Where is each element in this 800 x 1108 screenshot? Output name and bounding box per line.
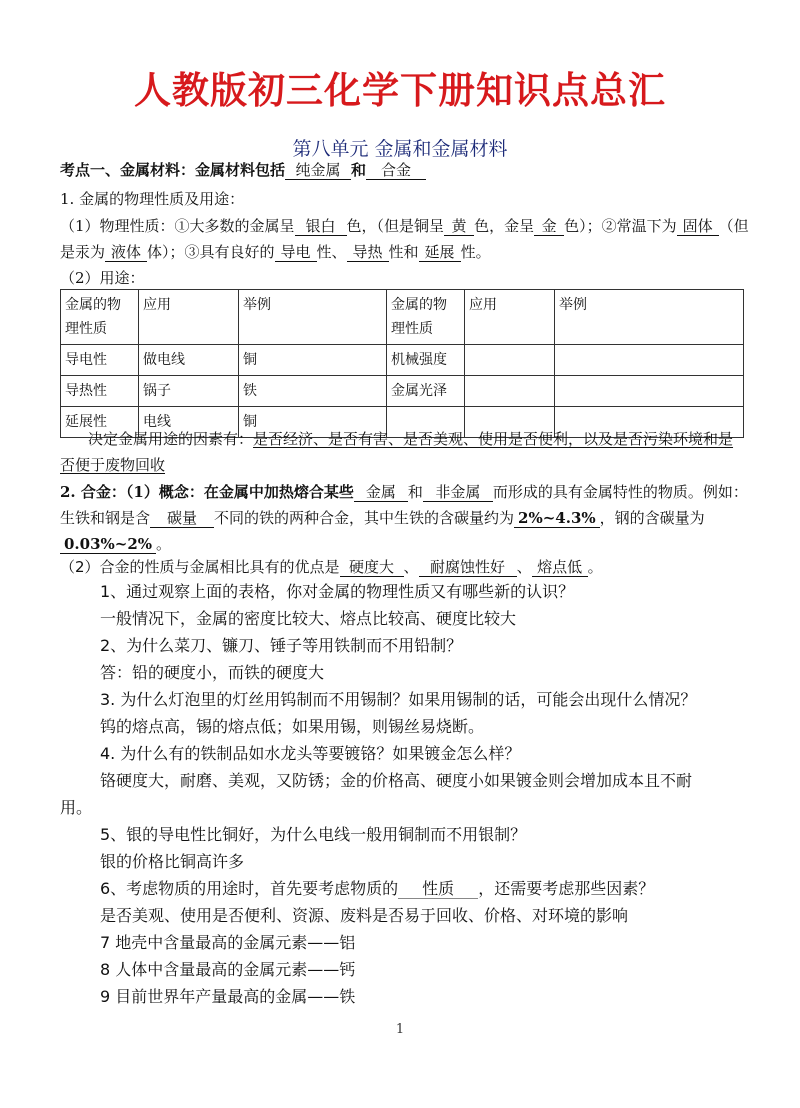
table-header-cell: 应用 <box>139 290 239 345</box>
alloy-line-2: 生铁和钢是含碳量不同的铁的两种合金，其中生铁的含碳量约为2%~4.3%，钢的含碳… <box>60 508 705 528</box>
kaodian-1-line: 考点一、金属材料：金属材料包括纯金属和合金 <box>60 160 426 180</box>
answer-4-line-2: 用。 <box>60 797 92 819</box>
table-cell <box>465 345 555 376</box>
blank-yellow: 黄 <box>444 217 474 236</box>
physical-props-line-1: （1）物理性质：①大多数的金属呈银白色，（但是铜呈黄色，金呈金色）；②常温下为固… <box>60 216 749 236</box>
text: 色）；②常温下为 <box>564 217 677 235</box>
table-cell: 做电线 <box>139 345 239 376</box>
blank-conductive: 导电 <box>275 243 317 262</box>
text: （2）合金的性质与金属相比具有的优点是 <box>60 558 340 576</box>
text: 生铁和钢是含 <box>60 509 150 527</box>
blank-ductile: 延展 <box>419 243 461 262</box>
blank-carbon-content: 碳量 <box>150 509 214 528</box>
unit-title: 第八单元 金属和金属材料 <box>0 134 800 161</box>
question-6: 6、考虑物质的用途时，首先要考虑物质的性质，还需要考虑那些因素？ <box>100 878 654 900</box>
answer-5: 银的价格比铜高许多 <box>100 851 244 873</box>
blank-solid: 固体 <box>677 217 719 236</box>
text: 、 <box>404 558 419 576</box>
fact-9: 9 目前世界年产量最高的金属——铁 <box>100 986 355 1008</box>
text: 、 <box>517 558 532 576</box>
blank-pig-iron-carbon: 2%~4.3% <box>514 509 600 528</box>
text: 。 <box>588 558 603 576</box>
blank-liquid: 液体 <box>105 243 147 262</box>
uses-heading: （2）用途： <box>60 268 145 288</box>
table-cell: 金属光泽 <box>387 376 465 407</box>
document-title: 人教版初三化学下册知识点总汇 <box>0 60 800 114</box>
table-header-cell: 应用 <box>465 290 555 345</box>
table-cell: 铜 <box>239 345 387 376</box>
text: （但 <box>719 217 749 235</box>
text: 体）；③具有良好的 <box>147 243 275 261</box>
table-header-cell: 举例 <box>555 290 744 345</box>
factors-line-1: 决定金属用途的因素有：是否经济、是否有害、是否美观、使用是否便利，以及是否污染环… <box>88 429 733 449</box>
blank-metal: 金属 <box>354 483 408 502</box>
blank-silver-white: 银白 <box>295 217 347 236</box>
answer-6: 是否美观、使用是否便利、资源、废料是否易于回收、价格、对环境的影响 <box>100 905 628 927</box>
text: ，钢的含碳量为 <box>600 509 705 527</box>
alloy-line-3: 0.03%~2%。 <box>60 534 171 554</box>
table-header-cell: 金属的物理性质 <box>387 290 465 345</box>
blank-alloy: 合金 <box>366 161 426 180</box>
question-1: 1、通过观察上面的表格，你对金属的物理性质又有哪些新的认识？ <box>100 581 574 603</box>
blank-hardness: 硬度大 <box>340 558 404 577</box>
physical-properties-table: 金属的物理性质 应用 举例 金属的物理性质 应用 举例 导电性 做电线 铜 机械… <box>60 289 744 438</box>
text: 是汞为 <box>60 243 105 261</box>
table-cell: 机械强度 <box>387 345 465 376</box>
table-cell: 锅子 <box>139 376 239 407</box>
text: 2. 合金：（1）概念：在金属中加热熔合某些 <box>60 483 354 501</box>
page-number: 1 <box>0 1022 800 1037</box>
text: 6、考虑物质的用途时，首先要考虑物质的 <box>100 879 398 898</box>
blank-melting-point: 熔点低 <box>532 558 588 577</box>
answer-3: 钨的熔点高，锡的熔点低；如果用锡，则锡丝易烧断。 <box>100 716 484 738</box>
text: 而形成的具有金属特性的物质。例如： <box>493 483 748 501</box>
text: （1）物理性质：①大多数的金属呈 <box>60 217 295 235</box>
table-row: 导电性 做电线 铜 机械强度 <box>61 345 744 376</box>
answer-2: 答：铅的硬度小，而铁的硬度大 <box>100 662 324 684</box>
alloy-line-1: 2. 合金：（1）概念：在金属中加热熔合某些金属和非金属而形成的具有金属特性的物… <box>60 482 748 502</box>
blank-corrosion: 耐腐蚀性好 <box>419 558 517 577</box>
alloy-advantages-line: （2）合金的性质与金属相比具有的优点是硬度大、耐腐蚀性好、熔点低。 <box>60 557 603 577</box>
text: 不同的铁的两种合金，其中生铁的含碳量约为 <box>214 509 514 527</box>
text: 。 <box>156 535 171 553</box>
factors-line-2: 否便于废物回收 <box>60 455 165 475</box>
fact-7: 7 地壳中含量最高的金属元素——铝 <box>100 932 355 954</box>
table-cell <box>555 376 744 407</box>
text: 和 <box>408 483 423 501</box>
answer-4-line-1: 铬硬度大，耐磨、美观，又防锈；金的价格高、硬度小如果镀金则会增加成本且不耐 <box>100 770 692 792</box>
answer-1: 一般情况下，金属的密度比较大、熔点比较高、硬度比较大 <box>100 608 516 630</box>
fact-8: 8 人体中含量最高的金属元素——钙 <box>100 959 355 981</box>
table-cell: 导热性 <box>61 376 139 407</box>
text: 性。 <box>461 243 491 261</box>
blank-properties: 性质 <box>398 880 478 899</box>
text: 色，金呈 <box>474 217 534 235</box>
blank-nonmetal: 非金属 <box>423 483 493 502</box>
table-cell <box>555 345 744 376</box>
factors-answer: 是否经济、是否有害、是否美观、使用是否便利，以及是否污染环境和是 <box>253 430 733 448</box>
table-header-cell: 举例 <box>239 290 387 345</box>
blank-steel-carbon: 0.03%~2% <box>60 535 156 554</box>
section-1-heading: 1. 金属的物理性质及用途： <box>60 189 244 209</box>
blank-gold: 金 <box>534 217 564 236</box>
table-header-cell: 金属的物理性质 <box>61 290 139 345</box>
text: 性、 <box>317 243 347 261</box>
text: 性和 <box>389 243 419 261</box>
table-cell: 导电性 <box>61 345 139 376</box>
question-3: 3. 为什么灯泡里的灯丝用钨制而不用锡制？如果用锡制的话，可能会出现什么情况？ <box>100 689 696 711</box>
text: 色，（但是铜呈 <box>347 217 445 235</box>
kaodian-1-prefix: 考点一、金属材料：金属材料包括 <box>60 161 285 179</box>
physical-props-line-2: 是汞为液体体）；③具有良好的导电性、导热性和延展性。 <box>60 242 491 262</box>
question-4: 4. 为什么有的铁制品如水龙头等要镀铬？如果镀金怎么样？ <box>100 743 520 765</box>
blank-pure-metal: 纯金属 <box>285 161 351 180</box>
table-cell: 铁 <box>239 376 387 407</box>
text: ，还需要考虑那些因素？ <box>478 879 654 898</box>
table-row: 导热性 锅子 铁 金属光泽 <box>61 376 744 407</box>
question-5: 5、银的导电性比铜好，为什么电线一般用铜制而不用银制？ <box>100 824 526 846</box>
factors-prefix: 决定金属用途的因素有： <box>88 430 253 448</box>
table-cell <box>465 376 555 407</box>
kaodian-1-and: 和 <box>351 161 366 179</box>
blank-thermal: 导热 <box>347 243 389 262</box>
question-2: 2、为什么菜刀、镰刀、锤子等用铁制而不用铅制？ <box>100 635 462 657</box>
table-header-row: 金属的物理性质 应用 举例 金属的物理性质 应用 举例 <box>61 290 744 345</box>
